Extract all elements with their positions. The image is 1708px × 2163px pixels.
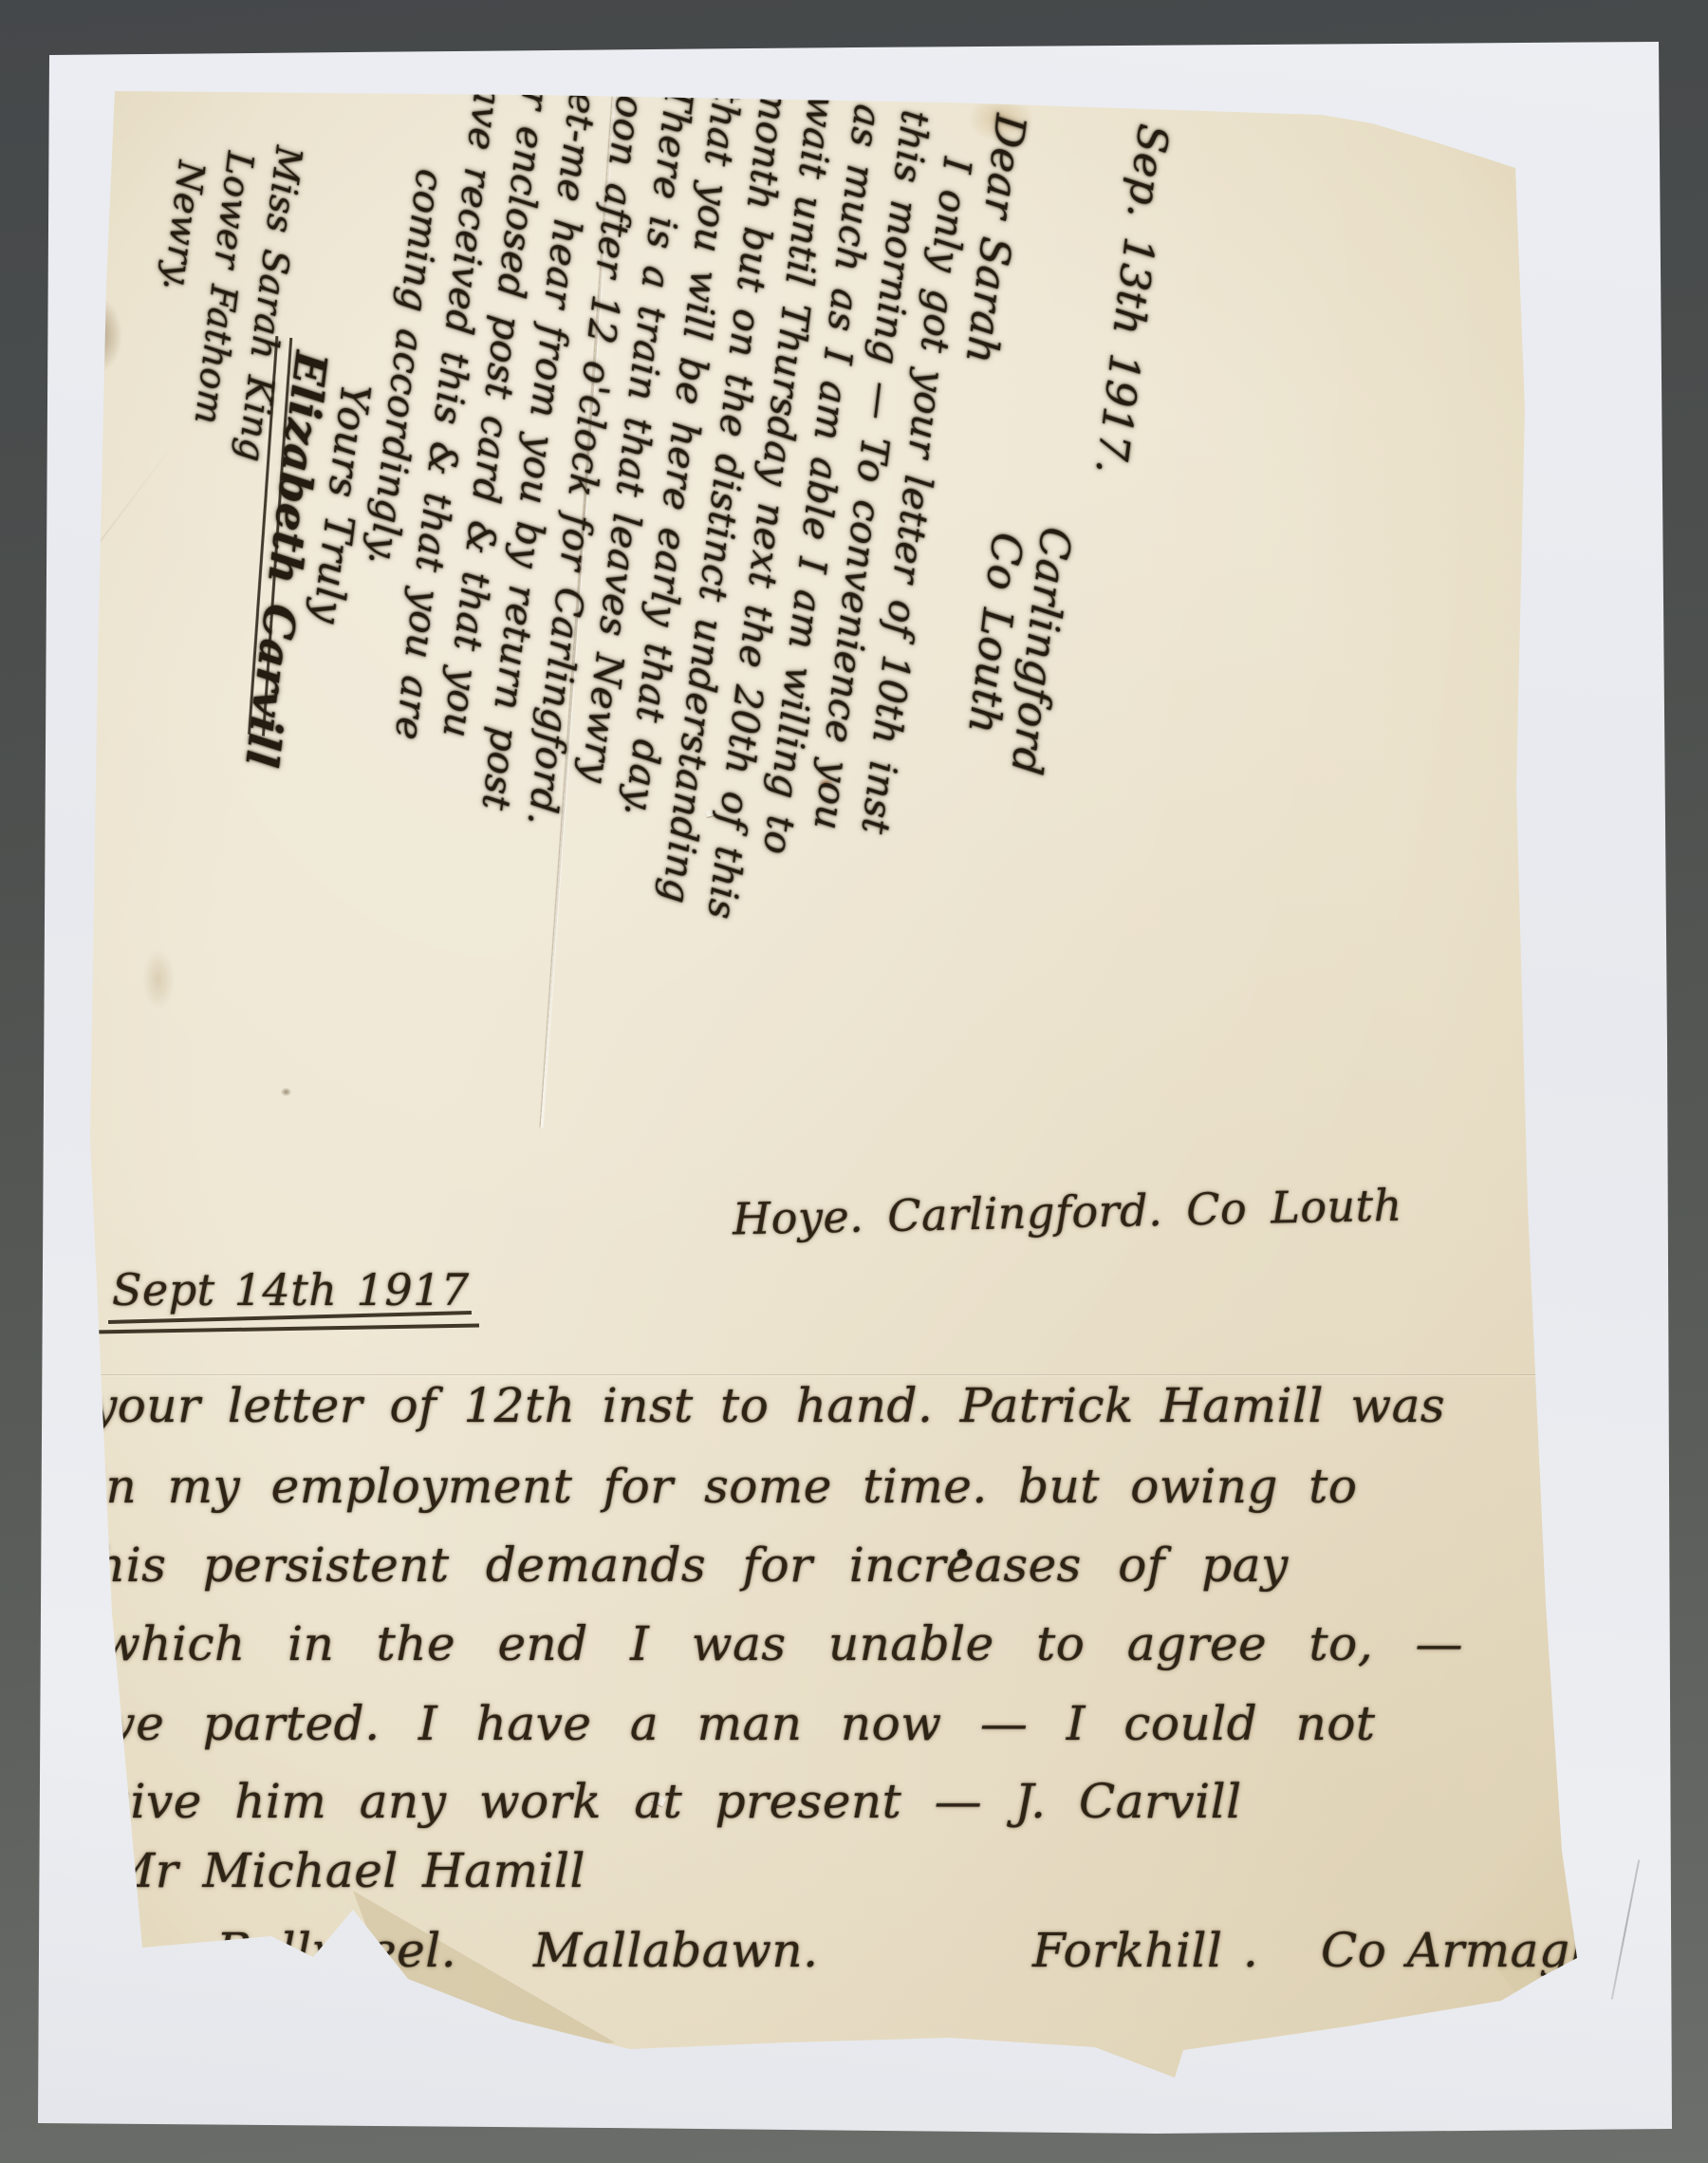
paper-crease-horizontal <box>90 1374 1551 1375</box>
bottom-letter-line-3: his persistent demands for increases of … <box>95 1538 1289 1593</box>
bottom-letter-date-text: Sept 14th 1917 <box>112 1264 470 1315</box>
bottom-letter-date: Sept 14th 1917 <box>112 1264 470 1315</box>
bottom-letter-line-6: give him any work at present — J. Carvil… <box>100 1774 1242 1829</box>
addressee-address-part-3: Forkhill . <box>1032 1923 1258 1978</box>
paper-stain <box>281 1088 291 1096</box>
letter-paper: Sep. 13th 1917.CarlingfordCo LouthDear S… <box>0 0 1708 2163</box>
bottom-letter-line-1: your letter of 12th inst to hand. Patric… <box>90 1378 1445 1433</box>
scan-background: Sep. 13th 1917.CarlingfordCo LouthDear S… <box>0 0 1708 2163</box>
bottom-letter-addressee-name: Mr Michael Hamill <box>106 1843 585 1898</box>
addressee-address-part-2: Mallabawn. <box>533 1923 819 1978</box>
bottom-letter-heading: Hoye. Carlingford. Co Louth <box>733 1180 1403 1245</box>
top-letter-rotated: Sep. 13th 1917.CarlingfordCo LouthDear S… <box>71 0 1177 1072</box>
bottom-letter-line-4: which in the end I was unable to agree t… <box>100 1616 1463 1671</box>
date-underline-flourish <box>93 1323 479 1333</box>
bottom-letter-line-5: we parted. I have a man now — I could no… <box>95 1696 1376 1751</box>
bottom-letter-line-2: in my employment for some time. but owin… <box>90 1459 1358 1514</box>
